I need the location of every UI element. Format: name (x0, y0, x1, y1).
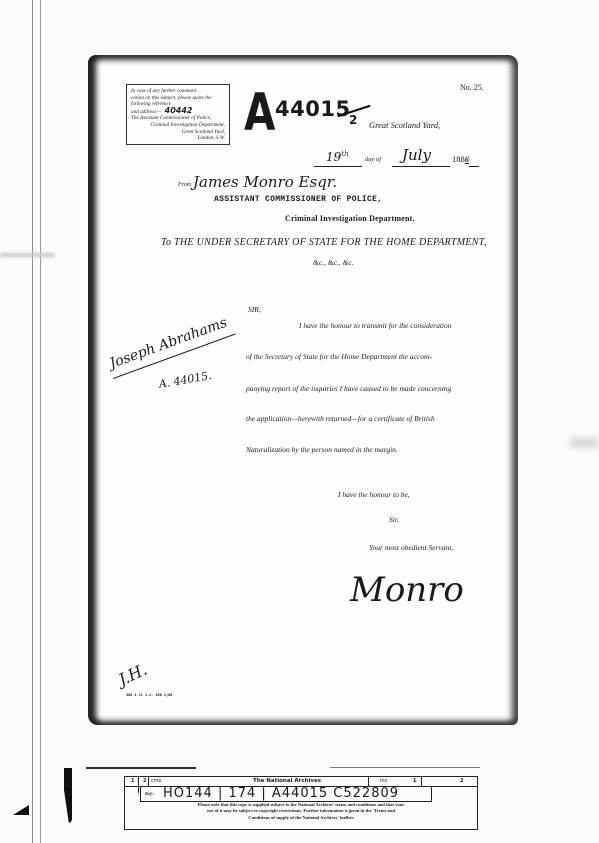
ref-box-office: Great Scotland Yard, (131, 129, 225, 136)
divider (86, 767, 196, 769)
archive-ref-value: HO144 | 174 | A44015 C522809 (163, 786, 399, 801)
printer-code: 300 4 CL 1.1. 886 2|86 (126, 693, 172, 697)
ref-box-line: and address— (131, 109, 161, 115)
file-stamp-number: 44015 (275, 97, 351, 121)
ref-box-office: London, S.W. (131, 135, 225, 142)
day-of-label: day of (365, 156, 381, 163)
binder-line (40, 0, 41, 843)
date-year: 1886 (452, 154, 469, 164)
ins-tick: 1 (413, 778, 416, 784)
file-stamp-letter: A (244, 87, 275, 139)
from-name: James Monro Esqr. (193, 173, 337, 191)
archive-institution: The National Archives (253, 778, 321, 784)
scan-smudge (0, 253, 55, 257)
date-month: July (402, 146, 431, 164)
copyright-notice: Please note that this copy is supplied s… (125, 802, 477, 821)
scan-edge-mark (64, 768, 72, 823)
sender-address: Great Scotland Yard, (369, 120, 440, 130)
sender-department: Criminal Investigation Department. (285, 214, 415, 223)
sender-title: ASSISTANT COMMISSIONER OF POLICE, (214, 195, 382, 204)
file-stamp-fraction: 2 (349, 113, 357, 127)
divider (330, 767, 480, 768)
closing-line: I have the honour to be, (338, 490, 410, 499)
closing-line: Your most obedient Servant, (369, 543, 453, 552)
cms-tick: 2 (143, 778, 146, 784)
body-line: of the Secretary of State for the Home D… (246, 352, 432, 361)
from-label: From (178, 182, 191, 188)
binder-line (32, 0, 33, 843)
ref-label: Ref.: (145, 791, 154, 796)
date-day: 19th (326, 150, 349, 164)
archive-stamp: 1 2 cms The National Archives ins 1 2 Re… (124, 776, 478, 830)
body-line: the application—herewith returned—for a … (246, 414, 435, 423)
document-number: No. 25. (460, 83, 484, 92)
ins-tick: 2 (460, 778, 463, 784)
ins-label: ins (380, 778, 387, 784)
scan-corner-mark (13, 805, 29, 815)
scan-smudge (570, 438, 598, 448)
signature: Monro (350, 570, 464, 610)
closing-line: Sir, (389, 515, 399, 524)
cms-label: cms (151, 778, 161, 784)
body-line: I have the honour to transmit for the co… (299, 321, 452, 330)
reference-box: In case of any further communi- cation o… (126, 84, 230, 145)
ref-box-office: The Assistant Commissioner of Police, (131, 115, 225, 122)
archive-ref-row: Ref.: HO144 | 174 | A44015 C522809 (140, 786, 432, 802)
recipient-line: To THE UNDER SECRETARY OF STATE FOR THE … (161, 237, 487, 248)
body-line: Naturalization by the person named in th… (246, 445, 398, 454)
ref-box-office: Criminal Investigation Department, (131, 122, 225, 129)
etc-line: &c., &c., &c. (313, 258, 354, 267)
ref-box-line: In case of any further communi- (131, 88, 225, 95)
salutation: SIR, (248, 305, 261, 314)
cms-tick: 1 (131, 778, 134, 784)
handwritten-ref: 40442 (165, 106, 193, 115)
body-line: panying report of the inquiries I have c… (246, 384, 451, 393)
